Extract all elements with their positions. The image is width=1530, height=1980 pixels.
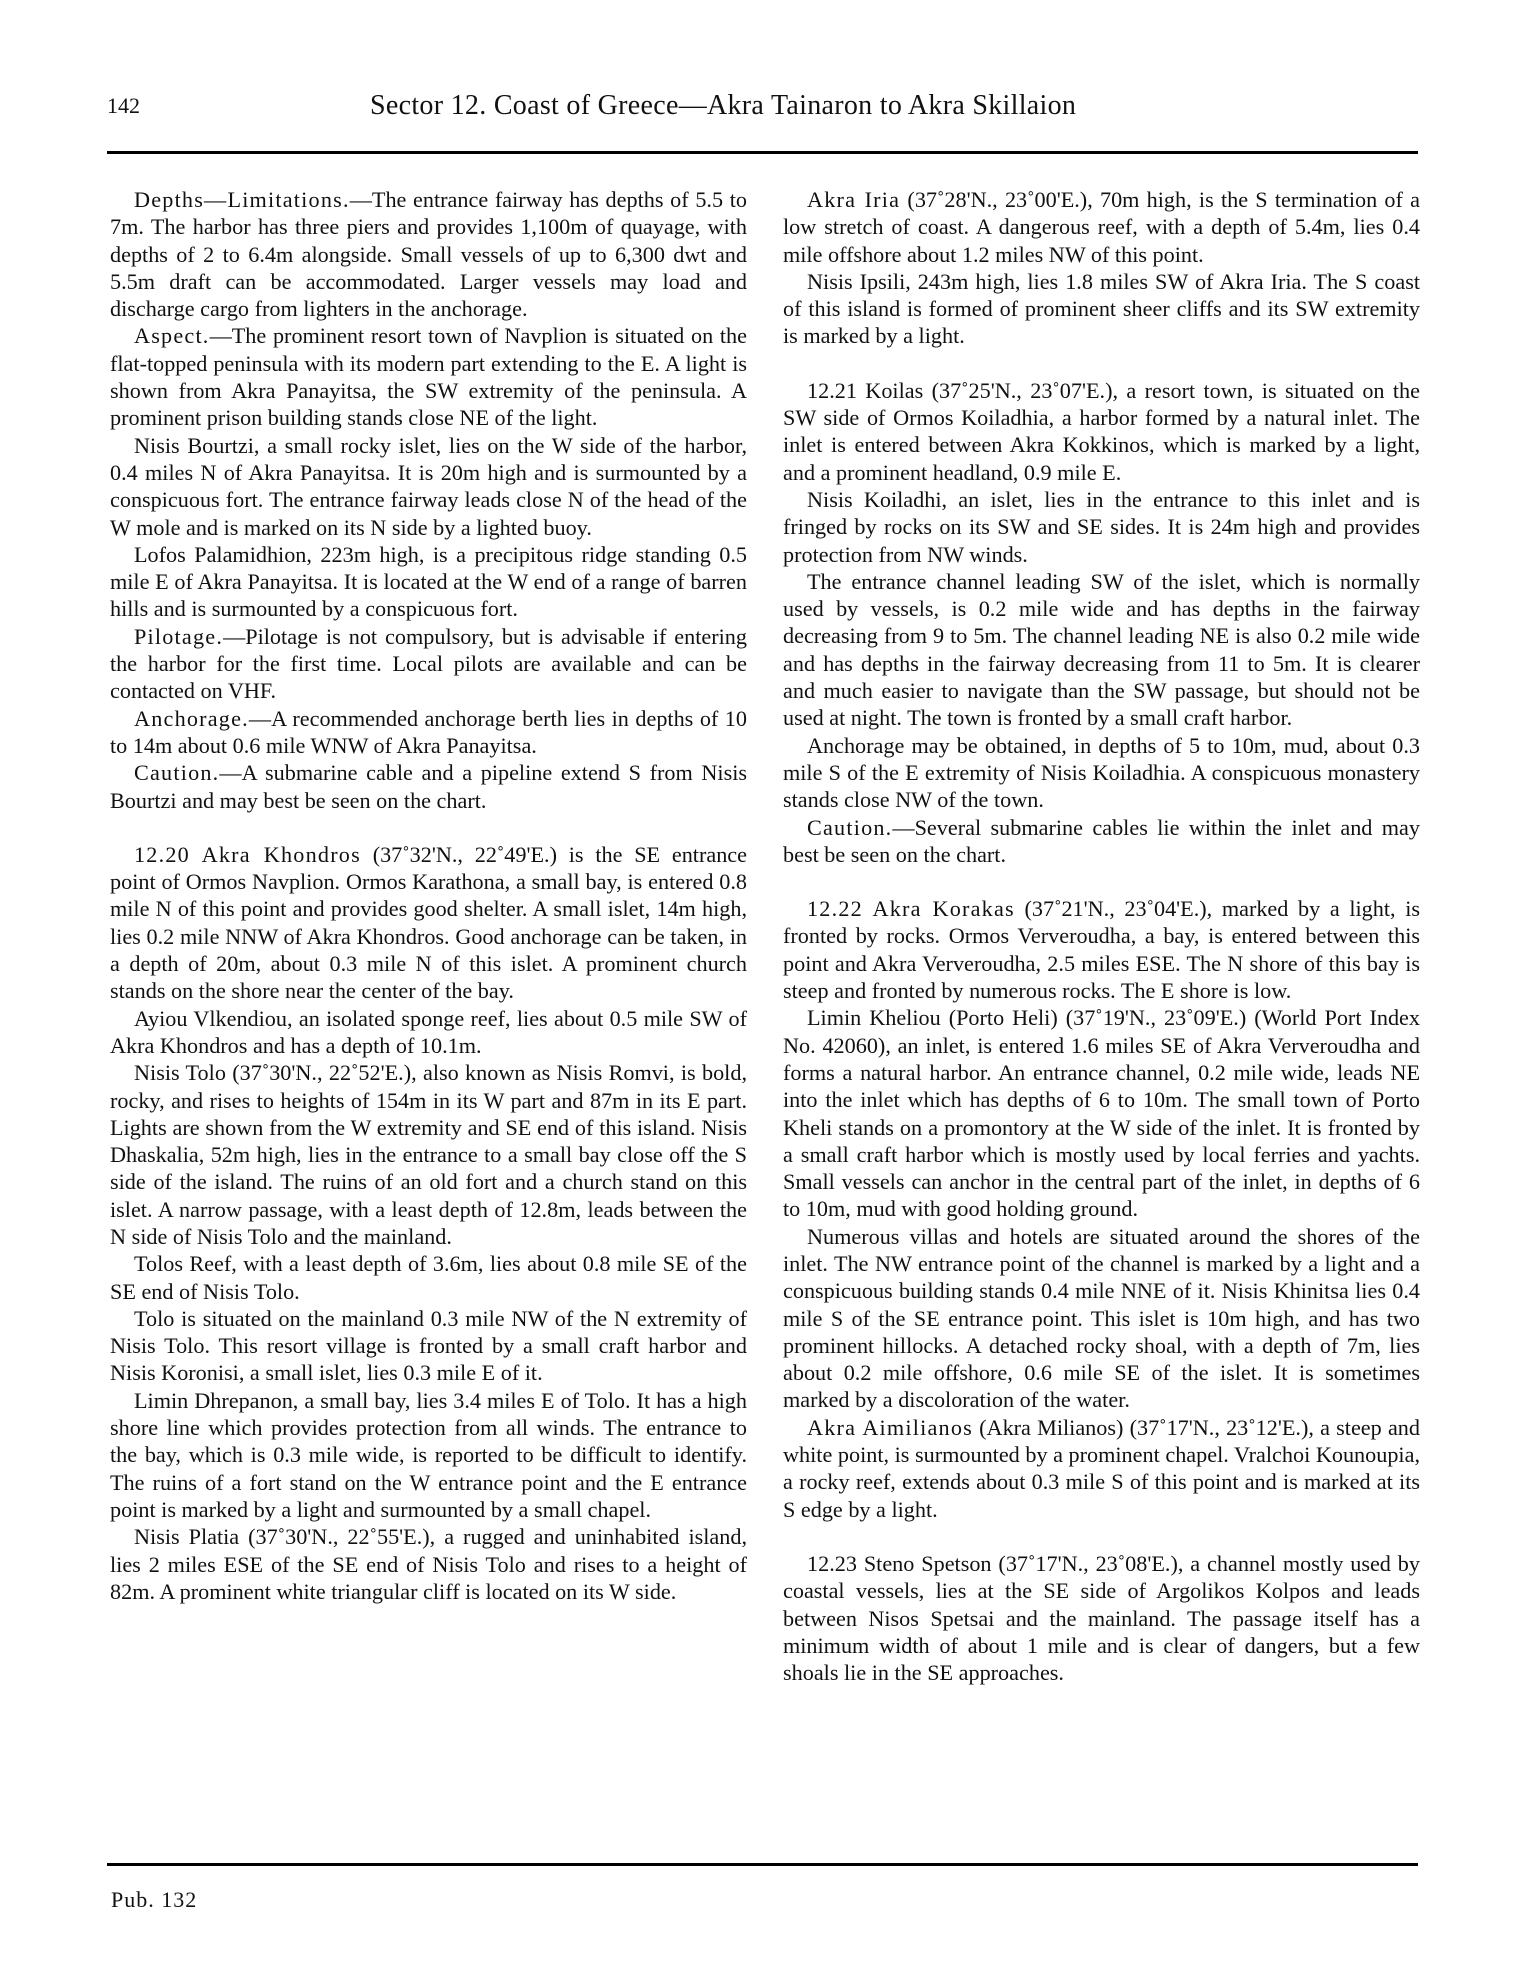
paragraph-caution: Caution.—A submarine cable and a pipelin… xyxy=(110,759,747,814)
paragraph-depths-limitations: Depths—Limitations.—The entrance fairway… xyxy=(110,186,747,322)
paragraph-lead: Anchorage. xyxy=(134,706,249,731)
section-heading: 12.22 Akra Korakas xyxy=(807,896,1015,921)
paragraph-anchorage: Anchorage.—A recommended anchorage berth… xyxy=(110,705,747,760)
paragraph-villas-hotels: Numerous villas and hotels are situated … xyxy=(783,1223,1420,1414)
paragraph-ayiou-vlkendiou: Ayiou Vlkendiou, an isolated sponge reef… xyxy=(110,1005,747,1060)
paragraph-nisis-platia: Nisis Platia (37˚30'N., 22˚55'E.), a rug… xyxy=(110,1523,747,1605)
paragraph-anchorage-koilas: Anchorage may be obtained, in depths of … xyxy=(783,732,1420,814)
footer-rule xyxy=(107,1863,1418,1866)
section-heading: 12.21 xyxy=(807,378,857,403)
right-column: Akra Iria (37˚28'N., 23˚00'E.), 70m high… xyxy=(783,186,1420,1686)
section-12-22-akra-korakas: 12.22 Akra Korakas (37˚21'N., 23˚04'E.),… xyxy=(783,895,1420,1004)
paragraph-lead: Akra Aimilianos xyxy=(807,1415,973,1440)
paragraph-text: Ayiou Vlkendiou, an isolated sponge reef… xyxy=(110,1006,747,1058)
paragraph-aspect: Aspect.—The prominent resort town of Nav… xyxy=(110,322,747,431)
paragraph-text: Tolo is situated on the mainland 0.3 mil… xyxy=(110,1306,747,1386)
paragraph-nisis-koiladhi: Nisis Koiladhi, an islet, lies in the en… xyxy=(783,486,1420,568)
paragraph-text: Anchorage may be obtained, in depths of … xyxy=(783,733,1420,813)
paragraph-lead: Akra Iria xyxy=(807,187,900,212)
page-number: 142 xyxy=(107,93,140,119)
section-12-21-koilas: 12.21 Koilas (37˚25'N., 23˚07'E.), a res… xyxy=(783,377,1420,486)
section-heading: 12.20 Akra Khondros xyxy=(134,842,361,867)
paragraph-text: Nisis Ipsili, 243m high, lies 1.8 miles … xyxy=(783,269,1420,349)
paragraph-text: The entrance channel leading SW of the i… xyxy=(783,569,1420,730)
paragraph-nisis-tolo: Nisis Tolo (37˚30'N., 22˚52'E.), also kn… xyxy=(110,1059,747,1250)
paragraph-limin-dhrepanon: Limin Dhrepanon, a small bay, lies 3.4 m… xyxy=(110,1387,747,1523)
paragraph-lead: Caution. xyxy=(134,760,219,785)
paragraph-text: Nisis Tolo (37˚30'N., 22˚52'E.), also kn… xyxy=(110,1060,747,1249)
paragraph-lofos-palamidhion: Lofos Palamidhion, 223m high, is a preci… xyxy=(110,541,747,623)
paragraph-caution-koilas: Caution.—Several submarine cables lie wi… xyxy=(783,814,1420,869)
paragraph-entrance-channel: The entrance channel leading SW of the i… xyxy=(783,568,1420,732)
paragraph-pilotage: Pilotage.—Pilotage is not compulsory, bu… xyxy=(110,623,747,705)
paragraph-akra-iria: Akra Iria (37˚28'N., 23˚00'E.), 70m high… xyxy=(783,186,1420,268)
left-column: Depths—Limitations.—The entrance fairway… xyxy=(110,186,747,1605)
section-12-23-steno-spetson: 12.23 Steno Spetson (37˚17'N., 23˚08'E.)… xyxy=(783,1550,1420,1686)
section-12-20-akra-khondros: 12.20 Akra Khondros (37˚32'N., 22˚49'E.)… xyxy=(110,841,747,1005)
running-title: Sector 12. Coast of Greece—Akra Tainaron… xyxy=(370,89,1076,123)
paragraph-nisis-bourtzi: Nisis Bourtzi, a small rocky islet, lies… xyxy=(110,432,747,541)
paragraph-text: Koilas (37˚25'N., 23˚07'E.), a resort to… xyxy=(783,378,1420,485)
paragraph-text: Lofos Palamidhion, 223m high, is a preci… xyxy=(110,542,747,622)
paragraph-text: Nisis Platia (37˚30'N., 22˚55'E.), a rug… xyxy=(110,1524,747,1604)
paragraph-lead: Depths—Limitations. xyxy=(134,187,350,212)
paragraph-tolos-reef: Tolos Reef, with a least depth of 3.6m, … xyxy=(110,1250,747,1305)
paragraph-limin-kheliou: Limin Kheliou (Porto Heli) (37˚19'N., 23… xyxy=(783,1004,1420,1222)
header-rule xyxy=(107,151,1418,154)
paragraph-text: Limin Dhrepanon, a small bay, lies 3.4 m… xyxy=(110,1388,747,1522)
paragraph-lead: Caution. xyxy=(807,815,892,840)
paragraph-text: Nisis Koiladhi, an islet, lies in the en… xyxy=(783,487,1420,567)
publication-label: Pub. 132 xyxy=(111,1887,197,1913)
paragraph-nisis-ipsili: Nisis Ipsili, 243m high, lies 1.8 miles … xyxy=(783,268,1420,350)
paragraph-text: Limin Kheliou (Porto Heli) (37˚19'N., 23… xyxy=(783,1005,1420,1221)
paragraph-akra-aimilianos: Akra Aimilianos (Akra Milianos) (37˚17'N… xyxy=(783,1414,1420,1523)
paragraph-text: Steno Spetson (37˚17'N., 23˚08'E.), a ch… xyxy=(783,1551,1420,1685)
paragraph-tolo: Tolo is situated on the mainland 0.3 mil… xyxy=(110,1305,747,1387)
paragraph-lead: Aspect. xyxy=(134,323,210,348)
section-heading: 12.23 xyxy=(807,1551,857,1576)
paragraph-text: Numerous villas and hotels are situated … xyxy=(783,1224,1420,1413)
paragraph-lead: Pilotage. xyxy=(134,624,223,649)
paragraph-text: Nisis Bourtzi, a small rocky islet, lies… xyxy=(110,433,747,540)
paragraph-text: Tolos Reef, with a least depth of 3.6m, … xyxy=(110,1251,747,1303)
